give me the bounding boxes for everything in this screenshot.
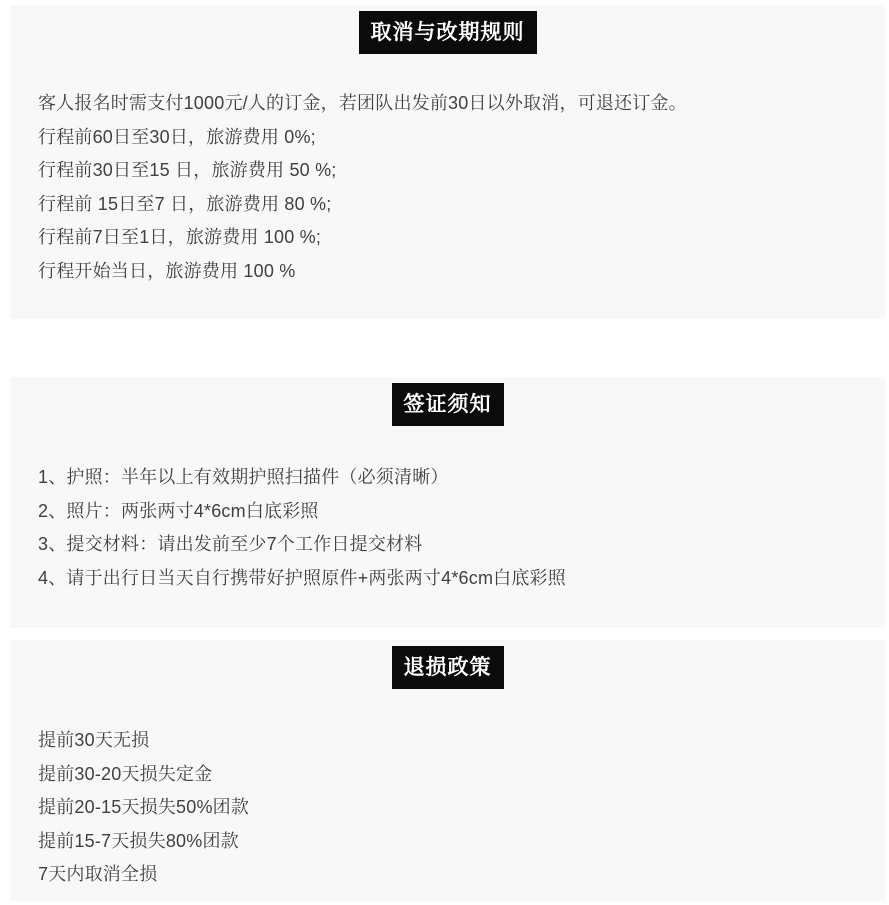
- policy-line: 2、照片：两张两寸4*6cm白底彩照: [38, 495, 865, 529]
- policy-line: 行程前60日至30日，旅游费用 0%;: [38, 121, 865, 155]
- policy-line: 提前20-15天损失50%团款: [38, 791, 865, 825]
- section-title-badge: 签证须知: [392, 383, 504, 426]
- policy-line: 4、请于出行日当天自行携带好护照原件+两张两寸4*6cm白底彩照: [38, 562, 865, 596]
- policy-line: 提前30-20天损失定金: [38, 758, 865, 792]
- section-title-badge: 退损政策: [392, 646, 504, 689]
- section-cancellation-rules: 取消与改期规则 客人报名时需支付1000元/人的订金，若团队出发前30日以外取消…: [10, 5, 885, 319]
- policy-line: 行程开始当日，旅游费用 100 %: [38, 255, 865, 289]
- section-refund-policy: 退损政策 提前30天无损 提前30-20天损失定金 提前20-15天损失50%团…: [10, 640, 885, 901]
- section-body: 1、护照：半年以上有效期护照扫描件（必须清晰） 2、照片：两张两寸4*6cm白底…: [10, 461, 885, 595]
- policy-line: 行程前 15日至7 日，旅游费用 80 %;: [38, 188, 865, 222]
- policy-line: 3、提交材料：请出发前至少7个工作日提交材料: [38, 528, 865, 562]
- policy-line: 7天内取消全损: [38, 858, 865, 892]
- section-title-badge: 取消与改期规则: [359, 11, 537, 54]
- section-visa-notice: 签证须知 1、护照：半年以上有效期护照扫描件（必须清晰） 2、照片：两张两寸4*…: [10, 377, 885, 628]
- policy-line: 行程前7日至1日，旅游费用 100 %;: [38, 221, 865, 255]
- policy-line: 提前30天无损: [38, 724, 865, 758]
- section-body: 客人报名时需支付1000元/人的订金，若团队出发前30日以外取消，可退还订金。 …: [10, 87, 885, 288]
- policy-line: 行程前30日至15 日，旅游费用 50 %;: [38, 154, 865, 188]
- policy-line: 客人报名时需支付1000元/人的订金，若团队出发前30日以外取消，可退还订金。: [38, 87, 865, 121]
- section-body: 提前30天无损 提前30-20天损失定金 提前20-15天损失50%团款 提前1…: [10, 724, 885, 892]
- policy-line: 提前15-7天损失80%团款: [38, 825, 865, 859]
- policy-line: 1、护照：半年以上有效期护照扫描件（必须清晰）: [38, 461, 865, 495]
